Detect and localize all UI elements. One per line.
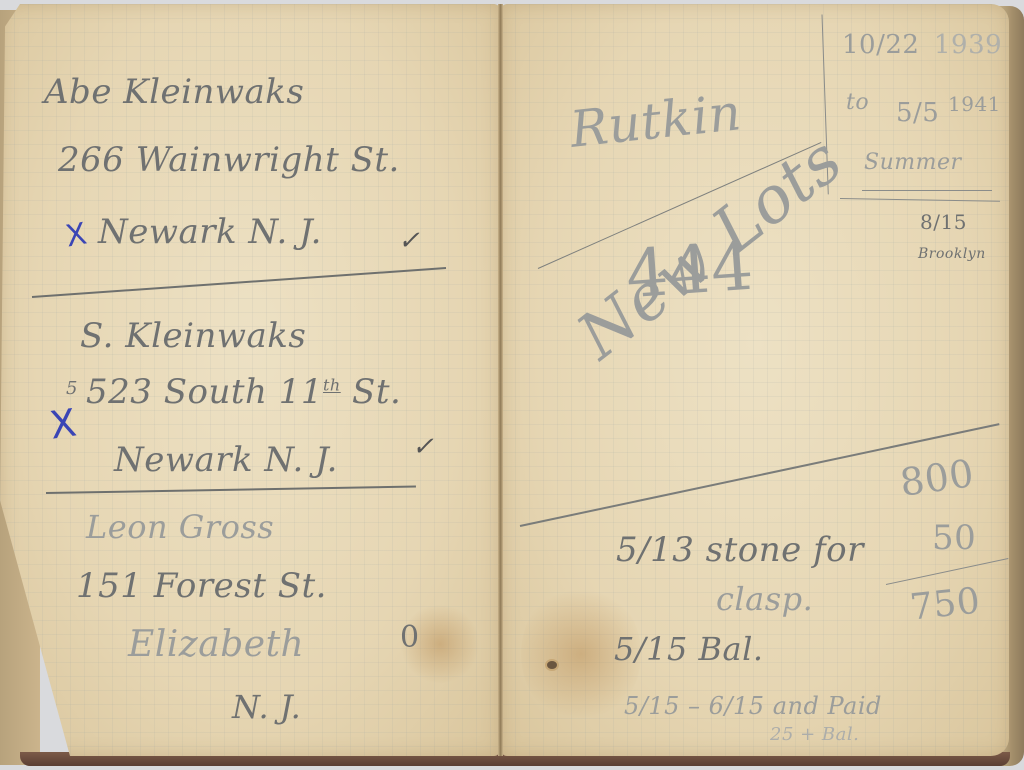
corner-label-extra: Brooklyn bbox=[918, 246, 986, 262]
entry-1-check-icon: ✓ bbox=[398, 226, 420, 256]
open-notebook: Abe Kleinwaks 266 Wainwright St. X Newar… bbox=[0, 0, 1024, 770]
ledger-text: – 6/15 and Paid bbox=[688, 692, 882, 720]
ledger-row-4: 5/15 – 6/15 and Paid bbox=[624, 692, 882, 720]
entry-2-street-suffix: St. bbox=[352, 372, 401, 412]
ledger-row-2: clasp. bbox=[716, 580, 813, 618]
ledger-text: Bal. bbox=[699, 630, 764, 668]
entry-3-street: 151 Forest St. bbox=[76, 566, 327, 606]
ledger-text: stone for bbox=[706, 530, 864, 570]
entry-3-circle-mark: 0 bbox=[400, 620, 420, 655]
ledger-date: 5/15 bbox=[614, 630, 688, 668]
entry-3-name: Leon Gross bbox=[86, 508, 274, 546]
entry-2-number-mark: 5 bbox=[66, 378, 78, 399]
corner-year-to: 1941 bbox=[948, 92, 1001, 116]
corner-underline bbox=[862, 190, 992, 191]
book-gutter bbox=[498, 4, 503, 756]
corner-date-extra: 8/15 bbox=[920, 210, 967, 234]
corner-label: Summer bbox=[864, 150, 962, 175]
amount-total: 750 bbox=[908, 580, 982, 628]
entry-2-name: S. Kleinwaks bbox=[80, 316, 306, 356]
ledger-row-1: 5/13 stone for bbox=[616, 530, 864, 570]
entry-2-city: Newark N. J. bbox=[114, 440, 338, 480]
corner-to: to bbox=[846, 90, 869, 115]
corner-year-from: 1939 bbox=[934, 30, 1002, 60]
entry-3-city: Elizabeth bbox=[128, 624, 304, 665]
entry-1-name: Abe Kleinwaks bbox=[44, 72, 304, 112]
paper-hole bbox=[545, 659, 559, 671]
entry-1-street: 266 Wainwright St. bbox=[58, 140, 400, 180]
ledger-date: 5/15 bbox=[624, 692, 680, 720]
entry-2-street: 523 South 11th St. bbox=[86, 372, 401, 412]
corner-date-from: 10/22 bbox=[842, 30, 919, 60]
ledger-row-3: 5/15 Bal. bbox=[614, 630, 764, 668]
entry-2-check-icon: ✓ bbox=[412, 432, 434, 462]
entry-2-street-ordinal: th bbox=[323, 376, 341, 395]
ledger-row-5: 25 + Bal. bbox=[770, 724, 859, 745]
entry-1-city: Newark N. J. bbox=[98, 212, 322, 252]
entry-3-state: N. J. bbox=[232, 688, 301, 726]
amount-2: 50 bbox=[932, 518, 976, 558]
entry-2-street-number: 523 South 11 bbox=[86, 372, 323, 412]
ledger-date: 5/13 bbox=[616, 530, 694, 570]
corner-date-to: 5/5 bbox=[896, 98, 939, 128]
